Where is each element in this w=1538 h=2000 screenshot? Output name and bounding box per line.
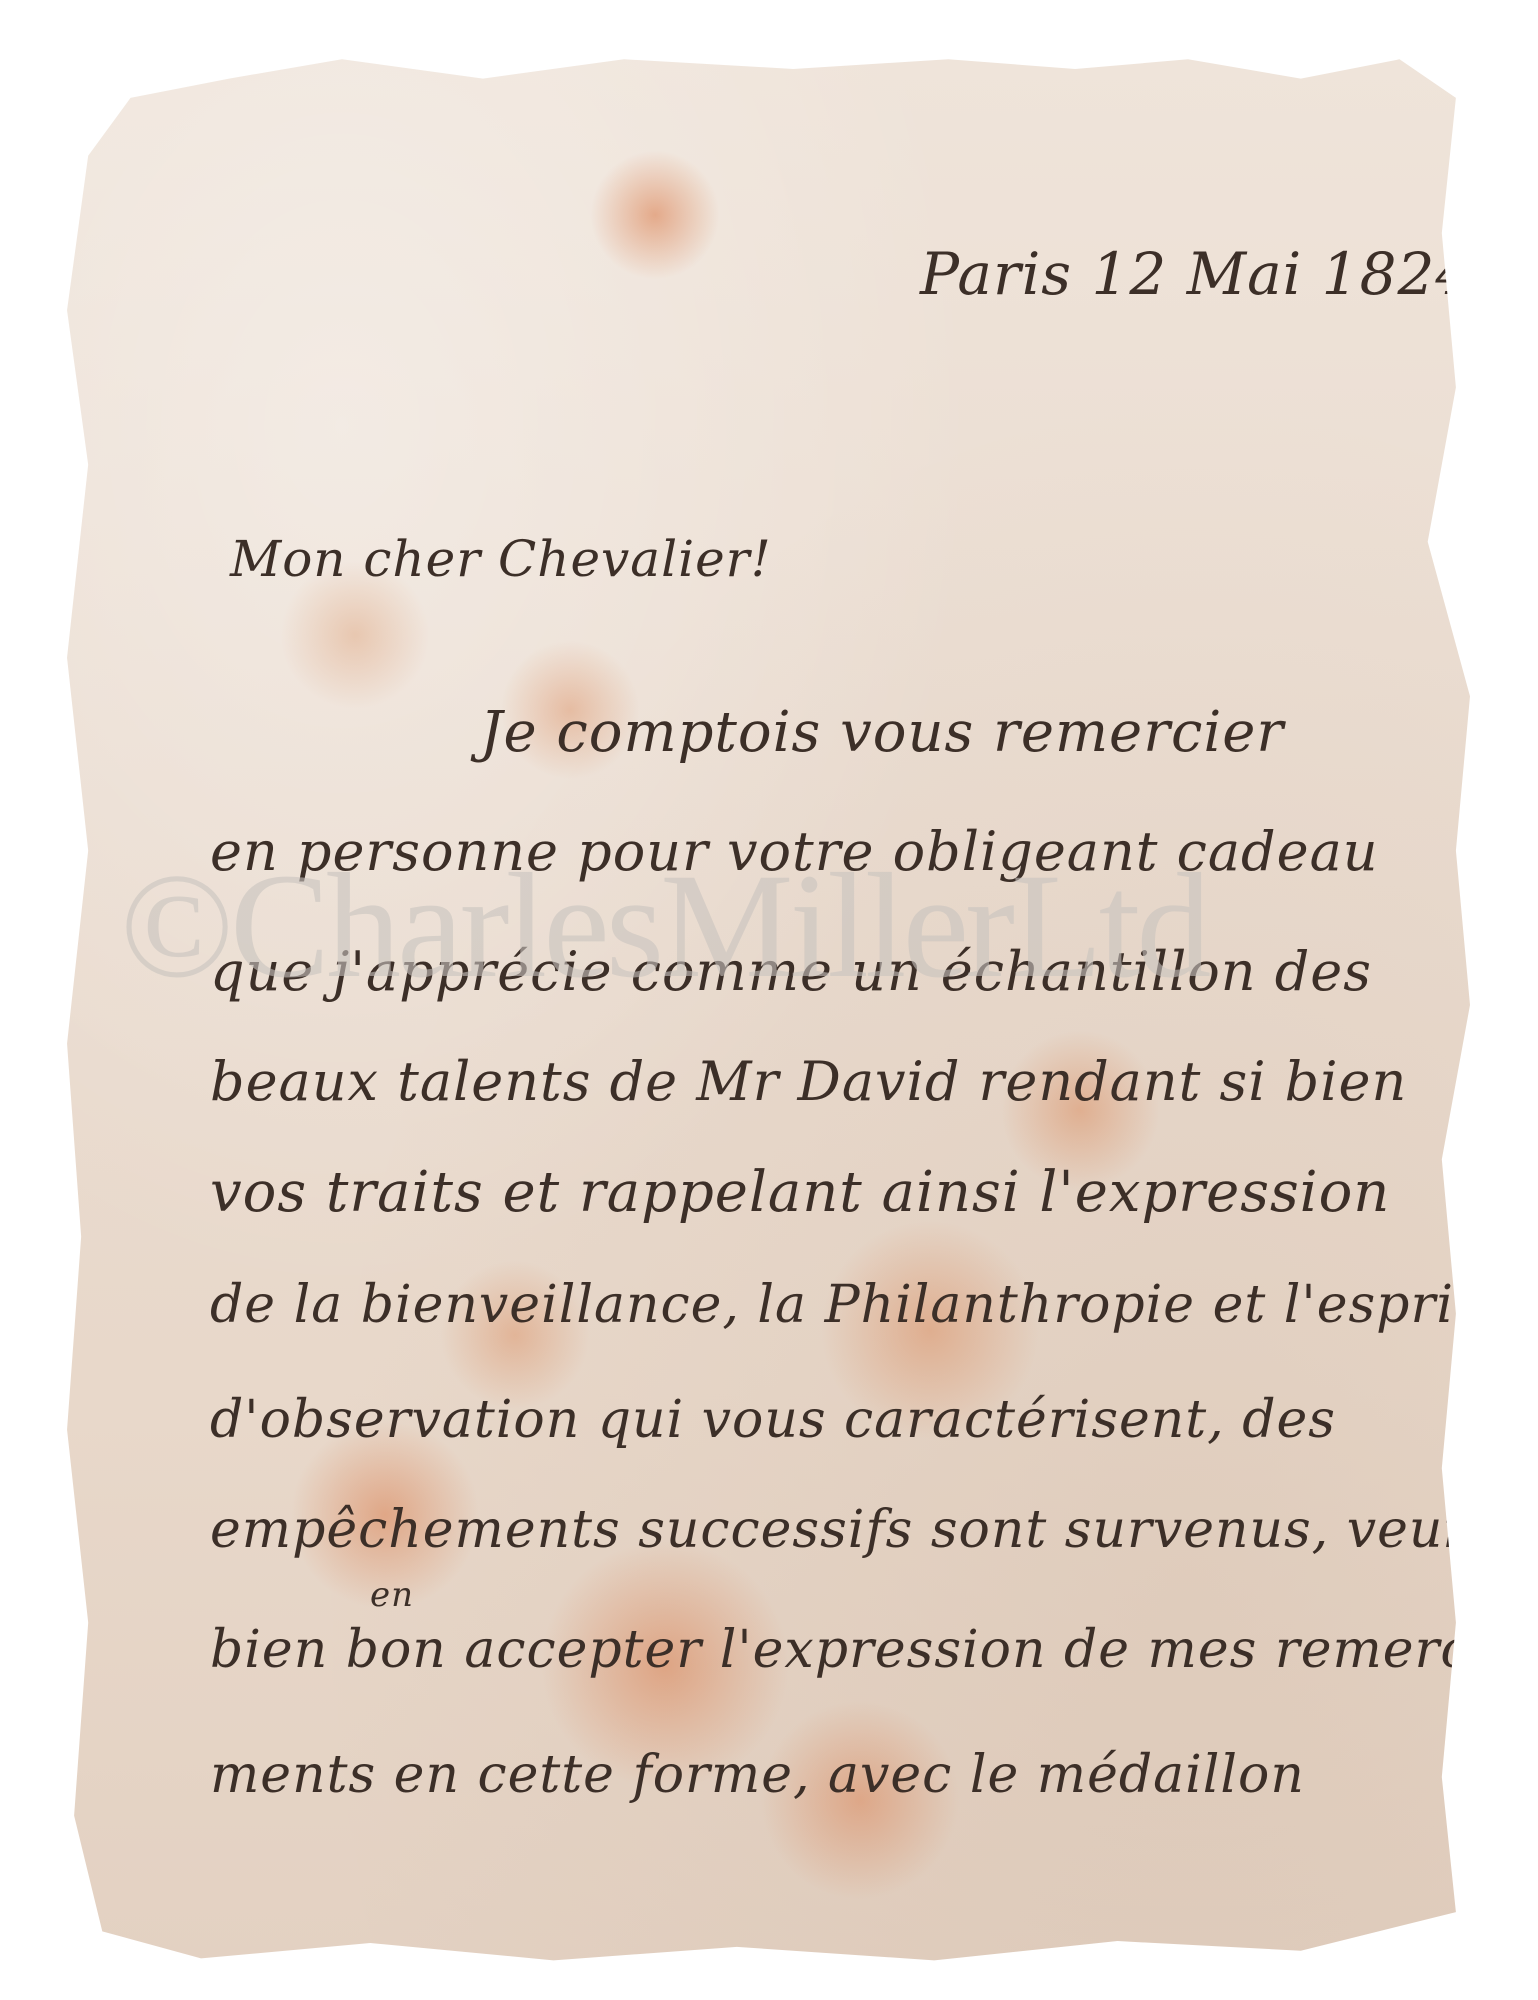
body-line: d'observation qui vous caractérisent, de… bbox=[210, 1390, 1336, 1450]
body-line: ments en cette forme, avec le médaillon bbox=[210, 1745, 1305, 1805]
body-line: Je comptois vous remercier bbox=[480, 700, 1284, 765]
place-date: Paris 12 Mai 1824 bbox=[920, 240, 1473, 308]
watermark: ©CharlesMillerLtd bbox=[120, 840, 1207, 1012]
body-line: empêchements successifs sont survenus, v… bbox=[210, 1500, 1538, 1560]
salutation: Mon cher Chevalier! bbox=[230, 530, 772, 588]
body-line: beaux talents de Mr David rendant si bie… bbox=[210, 1050, 1407, 1113]
body-line: vos traits et rappelant ainsi l'expressi… bbox=[210, 1160, 1390, 1225]
body-line: de la bienveillance, la Philanthropie et… bbox=[210, 1275, 1476, 1335]
body-line-insertion: en bbox=[370, 1575, 414, 1615]
body-line: bien bon accepter l'expression de mes re… bbox=[210, 1620, 1507, 1680]
stain bbox=[590, 150, 720, 280]
